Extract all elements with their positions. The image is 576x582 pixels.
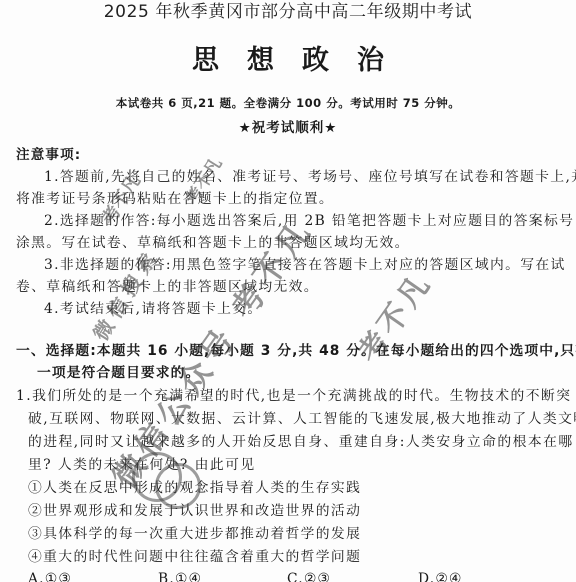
notice-line-4: 涂黑。写在试卷、草稿纸和答题卡上的非答题区域均无效。 bbox=[16, 233, 410, 253]
question-1-line-2: 破,互联网、物联网、大数据、云计算、人工智能的飞速发展,极大地推动了人类文明 bbox=[28, 409, 576, 429]
choice-a: A.①③ bbox=[28, 569, 72, 582]
statement-3: ③具体科学的每一次重大进步都推动着哲学的发展 bbox=[28, 524, 361, 544]
statement-1: ①人类在反思中形成的观念指导着人类的生存实践 bbox=[28, 478, 361, 498]
subject-title: 思想政治 bbox=[0, 44, 576, 78]
statement-4: ④重大的时代性问题中往往蕴含着重大的哲学问题 bbox=[28, 547, 361, 567]
question-1-line-1: 1.我们所处的是一个充满希望的时代,也是一个充满挑战的时代。生物技术的不断突 bbox=[16, 386, 572, 406]
notice-line-1: 1.答题前,先将自己的姓名、准考证号、考场号、座位号填写在试卷和答题卡上,并 bbox=[44, 167, 576, 187]
notice-line-5: 3.非选择题的作答:用黑色签字笔直接答在答题卡上对应的答题区域内。写在试 bbox=[44, 255, 566, 275]
choice-b: B.①④ bbox=[158, 569, 202, 582]
choice-c: C.②③ bbox=[287, 569, 331, 582]
good-luck-banner: ★祝考试顺利★ bbox=[0, 118, 576, 138]
choice-d: D.②④ bbox=[418, 569, 463, 582]
section-heading-cont: 一项是符合题目要求的。 bbox=[37, 363, 200, 383]
exam-page: 2025 年秋季黄冈市部分高中高二年级期中考试 思想政治 本试卷共 6 页,21… bbox=[0, 0, 576, 582]
exam-info: 本试卷共 6 页,21 题。全卷满分 100 分。考试用时 75 分钟。 bbox=[0, 93, 576, 113]
section-heading: 一、选择题:本题共 16 小题,每小题 3 分,共 48 分。在每小题给出的四个… bbox=[16, 341, 576, 361]
notice-line-3: 2.选择题的作答:每小题选出答案后,用 2B 铅笔把答题卡上对应题目的答案标号 bbox=[44, 211, 574, 231]
notice-heading: 注意事项: bbox=[16, 145, 81, 165]
notice-line-7: 4.考试结束后,请将答题卡上交。 bbox=[44, 299, 263, 319]
notice-line-6: 卷、草稿纸和答题卡上的非答题区域均无效。 bbox=[16, 277, 319, 297]
question-1-line-4: 里? 人类的未来在何处? 由此可见 bbox=[28, 455, 256, 475]
exam-title: 2025 年秋季黄冈市部分高中高二年级期中考试 bbox=[0, 2, 576, 22]
question-1-line-3: 的进程,同时又让越来越多的人开始反思自身、重建自身:人类安身立命的根本在哪 bbox=[28, 432, 574, 452]
notice-line-2: 将准考证号条形码粘贴在答题卡上的指定位置。 bbox=[16, 189, 334, 209]
statement-2: ②世界观形成和发展于认识世界和改造世界的活动 bbox=[28, 501, 361, 521]
